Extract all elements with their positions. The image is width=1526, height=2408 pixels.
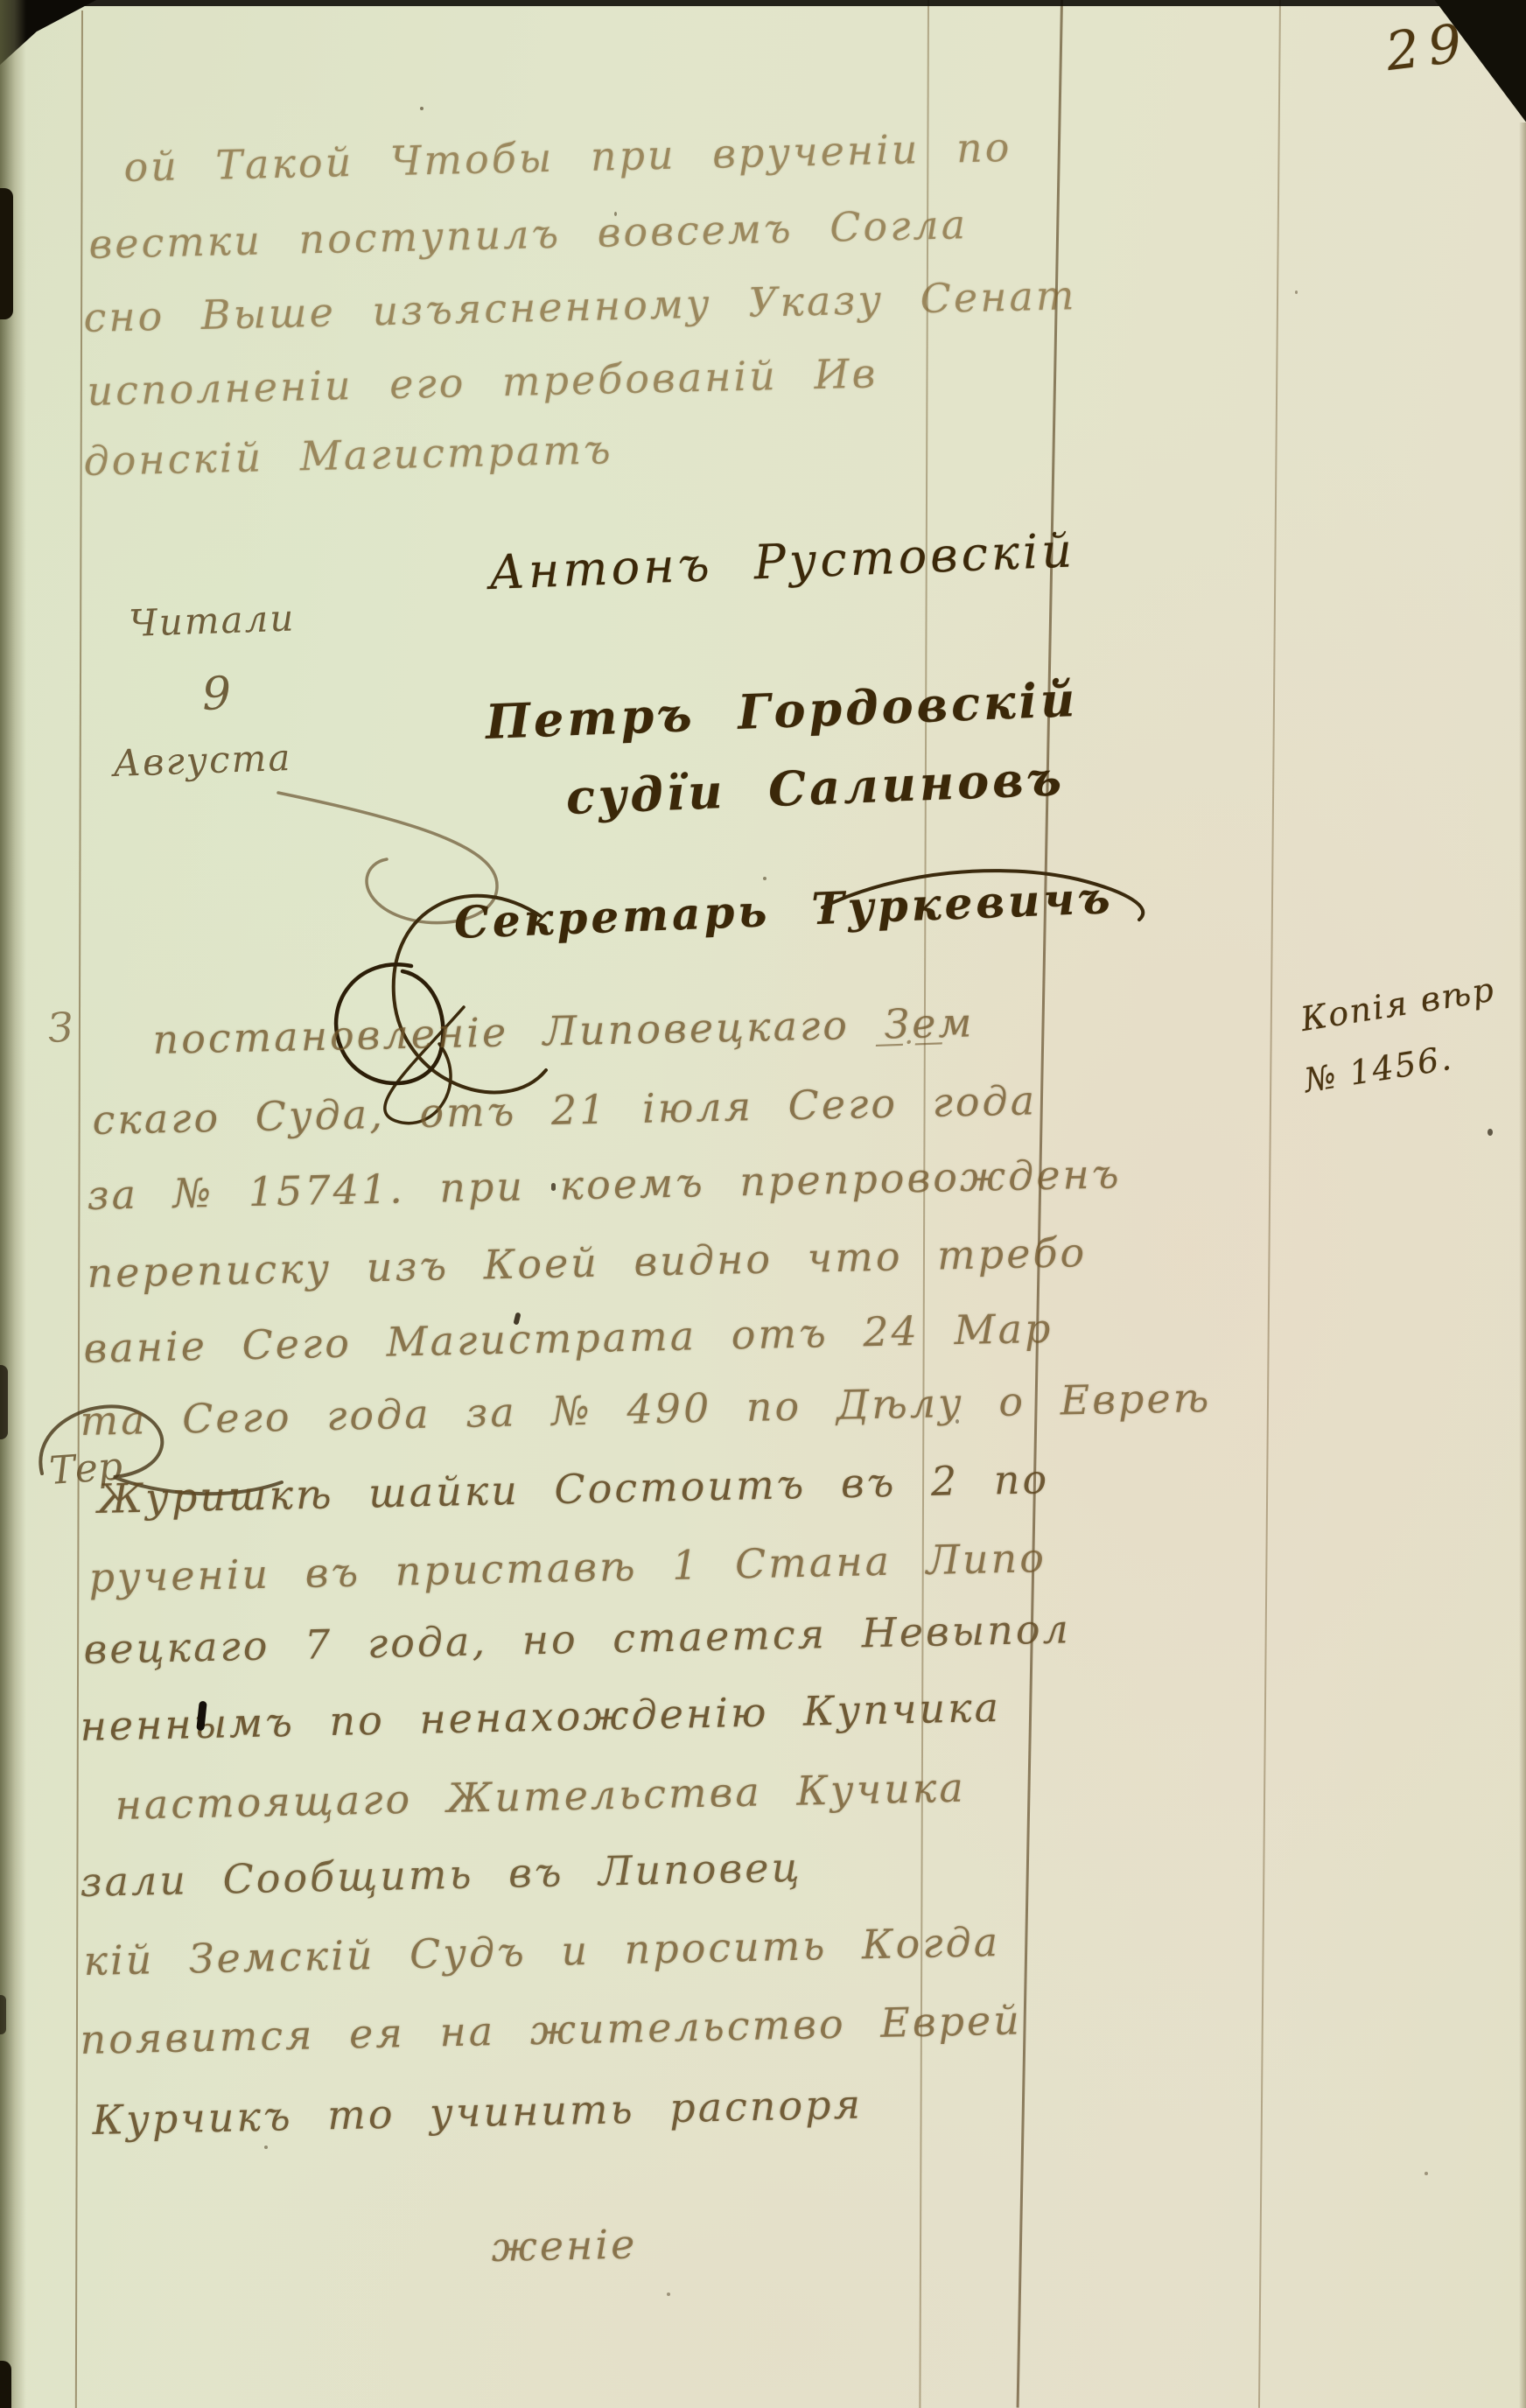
binding-shadow-blob-4 — [0, 2361, 11, 2408]
handwritten-line: донскій Магистратъ — [83, 429, 613, 481]
scan-edge-top — [0, 0, 1526, 6]
entry-number: З — [47, 1007, 74, 1048]
date-note-day: 9 — [201, 671, 234, 717]
paper-speck — [264, 2145, 268, 2149]
paper-speck — [1295, 290, 1298, 294]
paper-speck — [420, 107, 423, 110]
paper-speck — [763, 877, 766, 880]
paper-speck — [614, 212, 617, 216]
paper-speck — [1060, 562, 1064, 565]
date-note-read: Читали — [129, 599, 297, 642]
page-binding-edge — [0, 0, 26, 2408]
paper-speck — [667, 2292, 670, 2296]
handwritten-line-closing: женіе — [491, 2224, 638, 2267]
page-number: 29 — [1383, 17, 1473, 79]
paper-speck — [955, 1419, 959, 1424]
binding-shadow-blob-3 — [0, 1995, 6, 2034]
paper-speck — [1487, 1129, 1493, 1136]
scan-edge-right — [1519, 122, 1526, 2408]
paper-speck — [551, 1183, 556, 1191]
binding-shadow-blob-1 — [0, 188, 13, 319]
paper-speck — [1424, 2172, 1428, 2175]
binding-shadow-blob-2 — [0, 1365, 8, 1439]
